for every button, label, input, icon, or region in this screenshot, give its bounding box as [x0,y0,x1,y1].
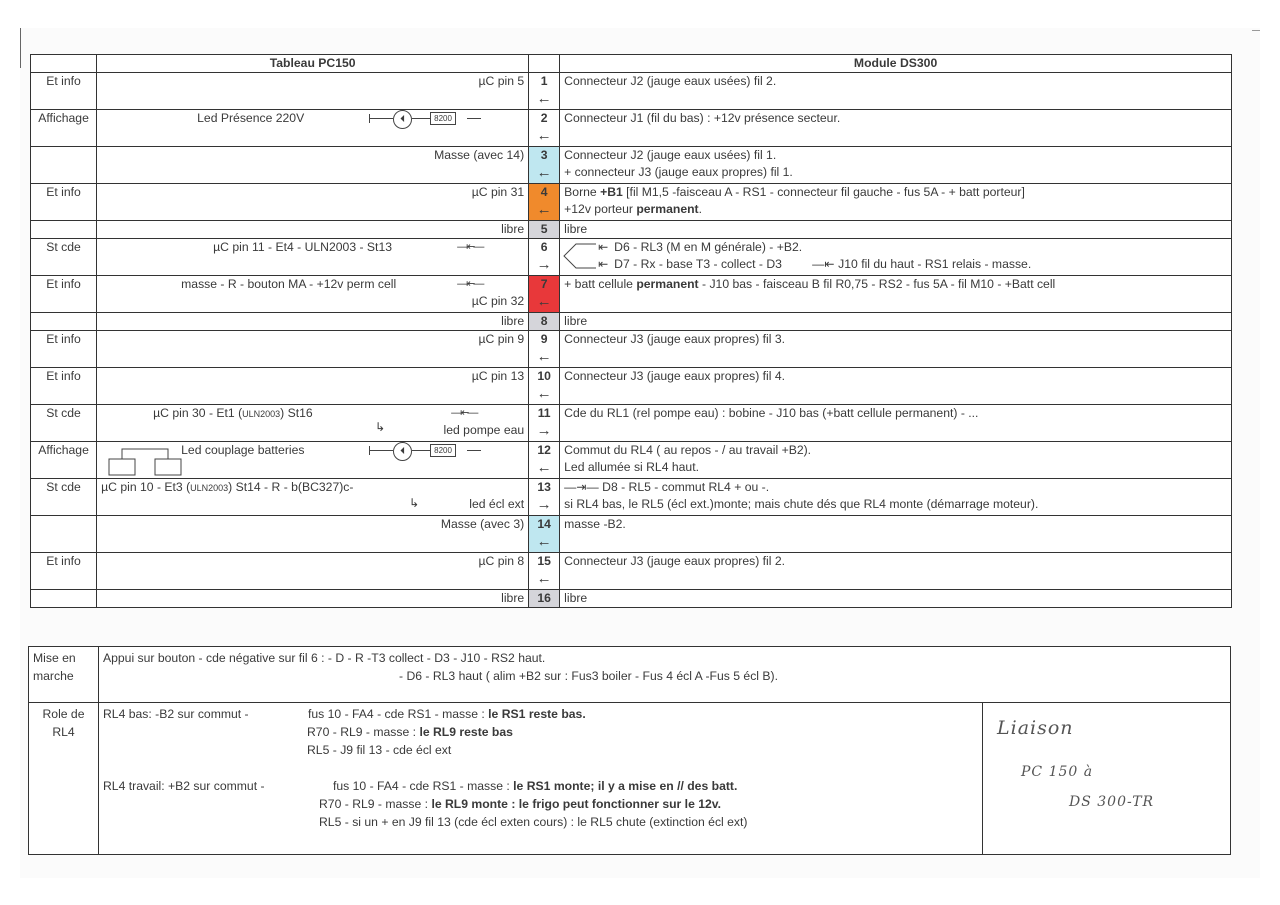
row-ds-desc: libre [560,590,1232,608]
pin-cell: 5 [529,221,560,239]
row-ds-desc: libre [560,221,1232,239]
led-label: Led couplage batteries [181,442,304,459]
table-row: St cde µC pin 11 - Et4 - ULN2003 - St13 … [31,239,1232,276]
note-line: Appui sur bouton - cde négative sur fil … [103,649,1226,667]
pin-number: 7 [529,276,559,293]
scan-edge [1252,30,1260,31]
wire [369,446,370,455]
ds-text: . [699,202,702,216]
branch-bracket-icon [562,241,598,271]
row-ds-desc: + batt cellule permanent - J10 bas - fai… [560,276,1232,313]
ds-line: Connecteur J2 (jauge eaux usées) fil 1. [564,147,1227,164]
arrow-right-icon: → [529,496,559,513]
pin-cell: 16 [529,590,560,608]
row-ds-desc: Cde du RL1 (rel pompe eau) : bobine - J1… [560,405,1232,442]
pin-cell: 13→ [529,479,560,516]
led-diode-icon: ⏴ [393,442,412,461]
notes-table: Mise enmarche Appui sur bouton - cde nég… [28,646,1231,855]
arrow-left-icon: ← [529,293,559,310]
table-row: St cde µC pin 30 - Et1 (ULN2003) St16 —⇤… [31,405,1232,442]
pc-text: led pompe eau [444,422,525,439]
pc-text: µC pin 32 [472,293,524,310]
resistor-icon: 8200 [430,112,456,125]
table-row: Affichage Led Présence 220V ⏴ 8200 2← Co… [31,110,1232,147]
handwritten-line: Liaison [997,719,1074,737]
pc-text: µC pin 30 - Et1 (ULN2003) St16 [153,405,313,423]
row-pc-desc: µC pin 30 - Et1 (ULN2003) St16 —⇤— ↳ led… [97,405,529,442]
note-text: RL4 travail: +B2 sur commut - [103,777,333,795]
pin-number: 4 [529,184,559,201]
ds-text: Borne [564,185,600,199]
pin-number: 6 [529,239,559,256]
pc-text-part: ) St16 [280,406,313,420]
pc-text: led écl ext [469,496,524,513]
pin-number: 9 [529,331,559,348]
row-type [31,590,97,608]
note-line: RL4 bas: -B2 sur commut -fus 10 - FA4 - … [103,705,978,723]
table-row: Affichage Led couplage batteries ⏴ 8200 … [31,442,1232,479]
diode-icon: —⇤— [457,276,482,293]
handwritten-line: DS 300-TR [1069,793,1154,811]
row-ds-desc: masse -B2. [560,516,1232,553]
wire [467,118,481,119]
table-row: libre 5 libre [31,221,1232,239]
pin-number: 15 [529,553,559,570]
arrow-left-icon: ← [529,533,559,550]
ds-line: si RL4 bas, le RL5 (écl ext.)monte; mais… [564,496,1227,513]
arrow-left-icon: ← [529,385,559,402]
row-type: St cde [31,239,97,276]
row-type [31,516,97,553]
table-row: Masse (avec 14) 3← Connecteur J2 (jauge … [31,147,1232,184]
pin-cell: 9← [529,331,560,368]
table-row: Et info µC pin 8 15← Connecteur J3 (jaug… [31,553,1232,590]
pc-text: µC pin 11 - Et4 - ULN2003 - St13 [213,239,392,256]
diode-icon: —⇤ [812,256,834,273]
arrow-left-icon: ← [529,348,559,365]
table-row: Et info masse - R - bouton MA - +12v per… [31,276,1232,313]
pin-number: 3 [529,147,559,164]
ds-line: Commut du RL4 ( au repos - / au travail … [564,442,1227,459]
table-row: Et info µC pin 5 1← Connecteur J2 (jauge… [31,73,1232,110]
pc-text-part: ) St14 - R - b(BC327)c- [228,480,353,494]
row-type [31,147,97,184]
pin-cell: 6→ [529,239,560,276]
pc-text-small: ULN2003 [242,409,280,419]
pin-number: 13 [529,479,559,496]
pin-cell: 14← [529,516,560,553]
ds-text: [fil M1,5 -faisceau A - RS1 - connecteur… [623,185,1025,199]
pc-text: µC pin 10 - Et3 (ULN2003) St14 - R - b(B… [101,479,353,497]
row-ds-desc: Connecteur J2 (jauge eaux usées) fil 1.+… [560,147,1232,184]
ds-text-bold: permanent [636,277,698,291]
table-row: St cde µC pin 10 - Et3 (ULN2003) St14 - … [31,479,1232,516]
pin-cell: 3← [529,147,560,184]
row-ds-desc: Commut du RL4 ( au repos - / au travail … [560,442,1232,479]
pc-text: masse - R - bouton MA - +12v perm cell [181,276,396,293]
row-pc-desc: µC pin 13 [97,368,529,405]
pin-cell: 10← [529,368,560,405]
handwritten-line: PC 150 à [1021,763,1093,781]
ds-text: + batt cellule [564,277,636,291]
note-text-bold: le RL9 reste bas [419,725,512,739]
row-ds-desc: ⇤ D6 - RL3 (M en M générale) - +B2. ⇤ D7… [560,239,1232,276]
table-row: Et info µC pin 9 9← Connecteur J3 (jauge… [31,331,1232,368]
wire [412,118,430,119]
pin-number: 14 [529,516,559,533]
note-line: R70 - RL9 - masse : le RL9 reste bas [103,723,978,741]
note-text: R70 - RL9 - masse : [319,797,431,811]
ds-line: Borne +B1 [fil M1,5 -faisceau A - RS1 - … [564,184,1227,201]
notes-content: RL4 bas: -B2 sur commut -fus 10 - FA4 - … [99,703,983,855]
wire [369,450,393,451]
row-type: Affichage [31,110,97,147]
header-ds300: Module DS300 [560,55,1232,73]
row-type: Affichage [31,442,97,479]
row-pc-desc: Masse (avec 14) [97,147,529,184]
pin-number: 12 [529,442,559,459]
table-row: Et info µC pin 31 4← Borne +B1 [fil M1,5… [31,184,1232,221]
row-pc-desc: Led couplage batteries ⏴ 8200 [97,442,529,479]
row-pc-desc: µC pin 31 [97,184,529,221]
ds-text: D6 - RL3 (M en M générale) - +B2. [614,239,802,256]
note-text-bold: le RS1 reste bas. [488,707,586,721]
row-type: Et info [31,73,97,110]
row-pc-desc: µC pin 5 [97,73,529,110]
table-header: Tableau PC150 Module DS300 [31,55,1232,73]
diode-icon: —⇤— [457,239,482,256]
pin-cell: 7← [529,276,560,313]
wiring-table: Tableau PC150 Module DS300 Et info µC pi… [30,54,1232,608]
arrow-right-icon: → [529,422,559,439]
pin-number: 11 [529,405,559,422]
row-type: Et info [31,331,97,368]
header-empty [31,55,97,73]
ds-text-bold: permanent [636,202,698,216]
arrow-left-icon: ← [529,570,559,587]
row-ds-desc: Connecteur J3 (jauge eaux propres) fil 3… [560,331,1232,368]
pin-number: 8 [529,313,559,330]
wire [369,114,370,123]
scan-edge [20,28,21,68]
note-text: fus 10 - FA4 - cde RS1 - masse : [333,779,513,793]
diode-icon: —⇥— [564,480,602,494]
row-ds-desc: libre [560,313,1232,331]
ds-line: +12v porteur permanent. [564,201,1227,218]
ds-text: J10 fil du haut - RS1 relais - masse. [838,256,1031,273]
row-ds-desc: Connecteur J2 (jauge eaux usées) fil 2. [560,73,1232,110]
row-pc-desc: libre [97,221,529,239]
note-text-bold: le RL9 monte : le frigo peut fonctionner… [431,797,721,811]
handwritten-note: Liaison PC 150 à DS 300-TR [983,703,1231,855]
battery-coupling-icon [107,445,187,477]
resistor-icon: 8200 [430,444,456,457]
table-row: libre 16 libre [31,590,1232,608]
arrow-left-icon: ← [529,127,559,144]
header-num [529,55,560,73]
wire [412,450,430,451]
pin-cell: 15← [529,553,560,590]
row-type: St cde [31,405,97,442]
row-pc-desc: µC pin 10 - Et3 (ULN2003) St14 - R - b(B… [97,479,529,516]
row-pc-desc: libre [97,313,529,331]
label-line: RL4 [33,723,94,741]
pin-number: 16 [529,590,559,607]
row-pc-desc: Led Présence 220V ⏴ 8200 [97,110,529,147]
header-pc150: Tableau PC150 [97,55,529,73]
notes-label: Mise enmarche [29,647,99,703]
ds-text: D8 - RL5 - commut RL4 + ou -. [602,480,769,494]
row-pc-desc: µC pin 9 [97,331,529,368]
led-label: Led Présence 220V [197,110,304,127]
row-pc-desc: Masse (avec 3) [97,516,529,553]
note-text: RL4 bas: -B2 sur commut - [103,705,308,723]
bent-arrow-icon: ↳ [375,419,385,436]
ds-line: —⇥— D8 - RL5 - commut RL4 + ou -. [564,479,1227,496]
pin-cell: 4← [529,184,560,221]
pin-cell: 11→ [529,405,560,442]
diode-icon: —⇤— [451,405,476,422]
table-row: libre 8 libre [31,313,1232,331]
pc-text-part: µC pin 30 - Et1 ( [153,406,242,420]
row-pc-desc: µC pin 11 - Et4 - ULN2003 - St13 —⇤— [97,239,529,276]
arrow-left-icon: ← [529,164,559,181]
row-pc-desc: µC pin 8 [97,553,529,590]
arrow-right-icon: → [529,256,559,273]
pc-text-small: ULN2003 [190,483,228,493]
pin-cell: 2← [529,110,560,147]
bent-arrow-icon: ↳ [409,495,419,512]
row-pc-desc: masse - R - bouton MA - +12v perm cell —… [97,276,529,313]
note-text: R70 - RL9 - masse : [307,725,419,739]
arrow-left-icon: ← [529,459,559,476]
led-diode-icon: ⏴ [393,110,412,129]
row-ds-desc: Borne +B1 [fil M1,5 -faisceau A - RS1 - … [560,184,1232,221]
pin-number: 5 [529,221,559,238]
pc-text-part: µC pin 10 - Et3 ( [101,480,190,494]
note-line: RL5 - si un + en J9 fil 13 (cde écl exte… [103,813,978,831]
diode-icon: ⇤ [598,256,608,273]
label-line: Role de [33,705,94,723]
row-ds-desc: Connecteur J3 (jauge eaux propres) fil 2… [560,553,1232,590]
pin-number: 10 [529,368,559,385]
row-type: St cde [31,479,97,516]
row-ds-desc: Connecteur J1 (fil du bas) : +12v présen… [560,110,1232,147]
pin-number: 2 [529,110,559,127]
notes-content: Appui sur bouton - cde négative sur fil … [99,647,1231,703]
pin-cell: 1← [529,73,560,110]
note-line: R70 - RL9 - masse : le RL9 monte : le fr… [103,795,978,813]
row-type: Et info [31,276,97,313]
note-text: fus 10 - FA4 - cde RS1 - masse : [308,707,488,721]
ds-line: + connecteur J3 (jauge eaux propres) fil… [564,164,1227,181]
label-line: Mise en [33,649,94,667]
label-line: marche [33,667,94,685]
pin-number: 1 [529,73,559,90]
note-text-bold: le RS1 monte; il y a mise en // des batt… [513,779,737,793]
table-row: Et info µC pin 13 10← Connecteur J3 (jau… [31,368,1232,405]
note-line: RL5 - J9 fil 13 - cde écl ext [103,741,978,759]
ds-text: +12v porteur [564,202,636,216]
row-type: Et info [31,553,97,590]
row-type: Et info [31,184,97,221]
row-type [31,221,97,239]
diode-icon: ⇤ [598,239,608,256]
wire [369,118,393,119]
row-ds-desc: —⇥— D8 - RL5 - commut RL4 + ou -. si RL4… [560,479,1232,516]
notes-row-role-rl4: Role deRL4 RL4 bas: -B2 sur commut -fus … [29,703,1231,855]
notes-label: Role deRL4 [29,703,99,855]
arrow-left-icon: ← [529,201,559,218]
ds-text: D7 - Rx - base T3 - collect - D3 [614,256,782,273]
notes-row-mise-en-marche: Mise enmarche Appui sur bouton - cde nég… [29,647,1231,703]
note-line: RL4 travail: +B2 sur commut -fus 10 - FA… [103,777,978,795]
row-ds-desc: Connecteur J3 (jauge eaux propres) fil 4… [560,368,1232,405]
wire [467,450,481,451]
ds-text: - J10 bas - faisceau B fil R0,75 - RS2 -… [699,277,1056,291]
note-line: - D6 - RL3 haut ( alim +B2 sur : Fus3 bo… [103,667,1226,685]
row-type [31,313,97,331]
row-type: Et info [31,368,97,405]
row-pc-desc: libre [97,590,529,608]
pin-cell: 12← [529,442,560,479]
arrow-left-icon: ← [529,90,559,107]
ds-text-bold: +B1 [600,185,623,199]
table-row: Masse (avec 3) 14← masse -B2. [31,516,1232,553]
pin-cell: 8 [529,313,560,331]
ds-line: Led allumée si RL4 haut. [564,459,1227,476]
